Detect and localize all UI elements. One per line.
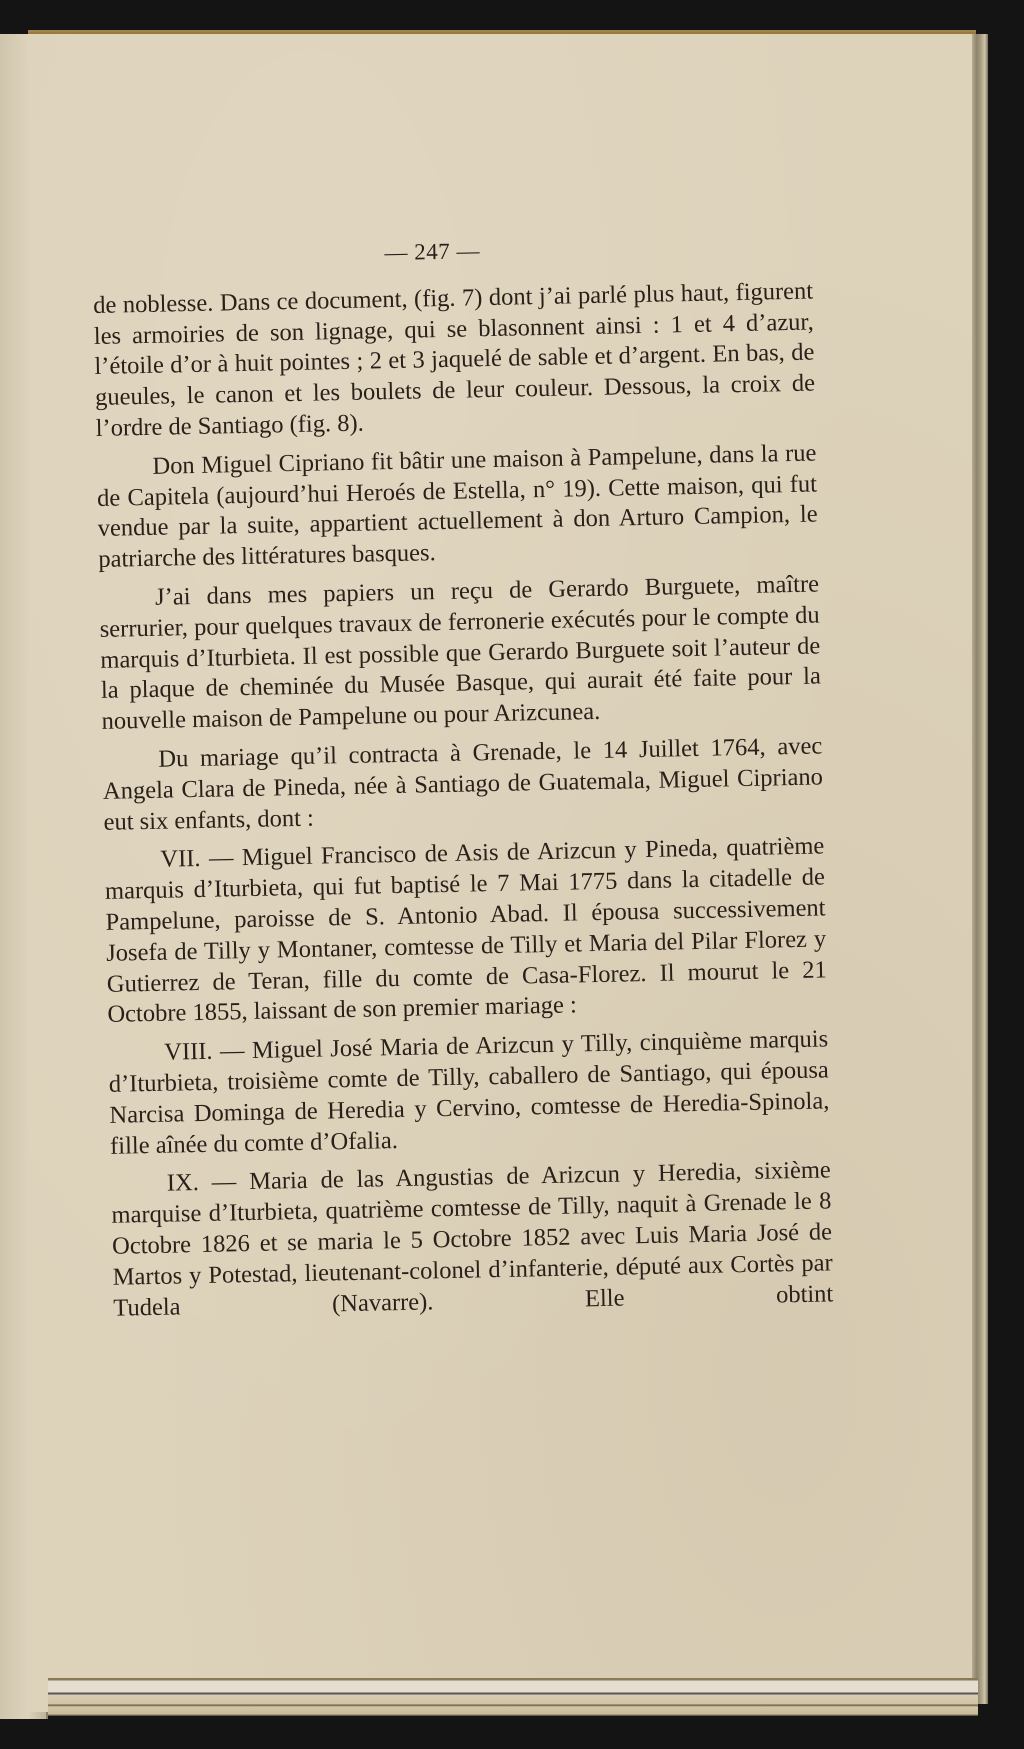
paragraph-viii: VIII. — Miguel José Maria de Arizcun y T… (108, 1025, 830, 1163)
paragraph-1: de noblesse. Dans ce document, (fig. 7) … (93, 276, 816, 444)
paragraph-3: J’ai dans mes papiers un reçu de Gerardo… (99, 569, 822, 737)
paragraph-vii: VII. — Miguel Francisco de Asis de Arizc… (104, 832, 828, 1031)
page-text: — 247 — de noblesse. Dans ce document, (… (92, 230, 834, 1333)
paragraph-4: Du mariage qu’il contracta à Grenade, le… (102, 731, 824, 838)
page-bottom-edges (48, 1678, 978, 1716)
page-stack-edge (972, 34, 988, 1704)
paragraph-2: Don Miguel Cipriano fit bâtir une maison… (96, 438, 818, 576)
paragraph-ix: IX. — Maria de las Angustias de Arizcun … (111, 1156, 834, 1324)
